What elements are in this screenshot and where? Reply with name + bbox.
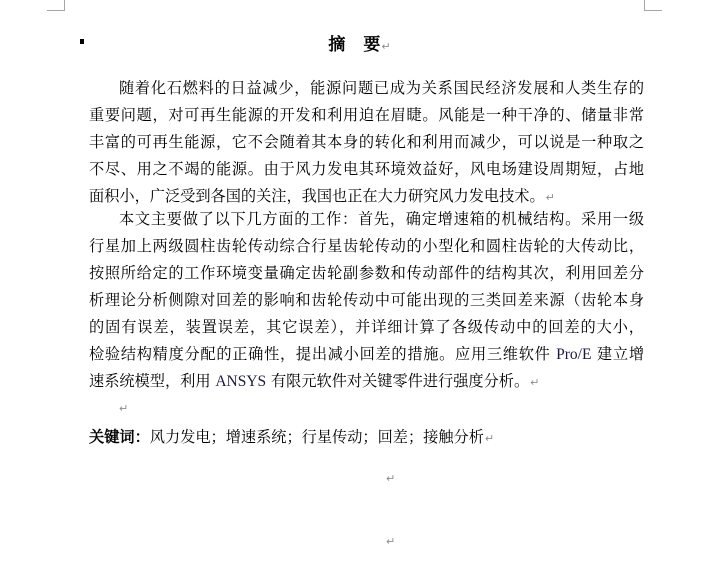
paragraph-mark-icon: ↵ [485,432,494,445]
paragraph-mark-icon: ↵ [386,535,395,548]
paragraph-mark-icon: ↵ [381,40,390,53]
text-line: 丰富的可再生能源，它不会随着其本身的转化和利用而减少，可以说是一种取之 [89,129,644,156]
paragraph-mark-icon: ↵ [119,402,128,415]
title-char-1: 摘 [328,35,345,55]
paragraph-mark-icon: ↵ [530,376,539,389]
text-line: 不尽、用之不竭的能源。由于风力发电其环境效益好，风电场建设周期短，占地 [89,156,644,183]
paragraph-mark-icon: ↵ [386,472,395,485]
text-line: 速系统模型，利用 ANSYS 有限元软件对关键零件进行强度分析。↵ [89,368,644,395]
paragraph-mark-icon: ↵ [546,191,555,204]
keywords-line: 关键词：风力发电；增速系统；行星传动；回差；接触分析↵ [89,424,494,452]
text-line: 本文主要做了以下几方面的工作：首先，确定增速箱的机械结构。采用一级 [119,206,644,233]
text-line: 的固有误差，装置误差，其它误差），并详细计算了各级传动中的回差的大小， [89,314,644,341]
title-char-2: 要 [363,35,380,55]
text-line: 析理论分析侧隙对回差的影响和齿轮传动中可能出现的三类回差来源（齿轮本身 [89,287,644,314]
page-corner-mark-top-left [47,0,65,11]
page-corner-mark-top-right [644,0,662,11]
keywords-label: 关键词： [89,428,150,446]
text-line: 随着化石燃料的日益减少，能源问题已成为关系国民经济发展和人类生存的 [119,75,644,102]
text-line: 重要问题，对可再生能源的开发和利用迫在眉睫。风能是一种干净的、储量非常 [89,102,644,129]
text-line: 按照所给定的工作环境变量确定齿轮副参数和传动部件的结构其次，利用回差分 [89,260,644,287]
text-line: 检验结构精度分配的正确性，提出减小回差的措施。应用三维软件 Pro/E 建立增 [89,341,644,368]
keywords-value: 风力发电；增速系统；行星传动；回差；接触分析 [150,428,484,446]
software-name: ANSYS [215,373,266,390]
abstract-title: 摘要↵ [0,30,719,55]
text-line: 行星加上两级圆柱齿轮传动综合行星齿轮传动的小型化和圆柱齿轮的大传动比， [89,233,644,260]
software-name: Pro/E [556,346,591,363]
